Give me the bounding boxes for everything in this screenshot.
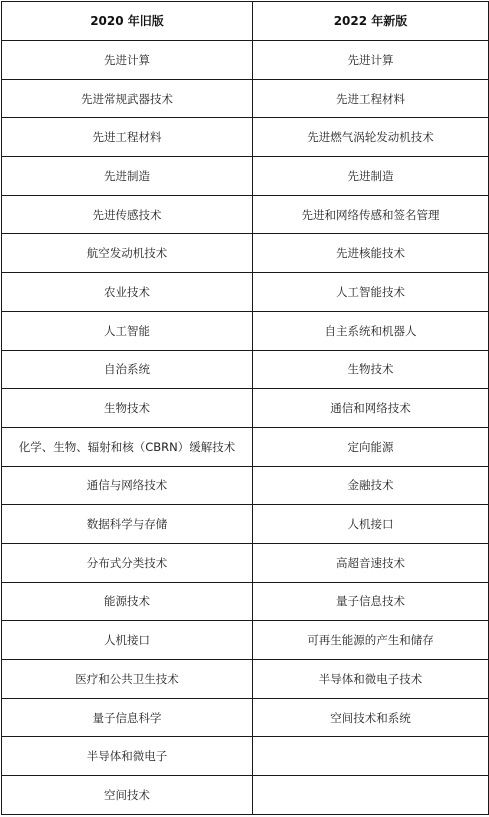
cell-2020: 农业技术 [2, 273, 253, 312]
cell-2020: 分布式分类技术 [2, 543, 253, 582]
table-row: 通信与网络技术金融技术 [2, 466, 489, 505]
table-row: 能源技术量子信息技术 [2, 582, 489, 621]
table-row: 生物技术通信和网络技术 [2, 389, 489, 428]
cell-2020: 先进传感技术 [2, 195, 253, 234]
cell-2020: 能源技术 [2, 582, 253, 621]
table-row: 化学、生物、辐射和核（CBRN）缓解技术定向能源 [2, 427, 489, 466]
table-header-row: 2020 年旧版 2022 年新版 [2, 2, 489, 41]
cell-2020: 先进制造 [2, 157, 253, 196]
table-row: 农业技术人工智能技术 [2, 273, 489, 312]
cell-2020: 先进常规武器技术 [2, 79, 253, 118]
cell-2020: 量子信息科学 [2, 698, 253, 737]
cell-2020: 医疗和公共卫生技术 [2, 660, 253, 699]
table-row: 先进制造先进制造 [2, 157, 489, 196]
cell-2022: 金融技术 [253, 466, 489, 505]
cell-2022: 人工智能技术 [253, 273, 489, 312]
cell-2020: 先进工程材料 [2, 118, 253, 157]
cell-2020: 人工智能 [2, 311, 253, 350]
cell-2020: 人机接口 [2, 621, 253, 660]
cell-2022: 可再生能源的产生和储存 [253, 621, 489, 660]
cell-2022: 量子信息技术 [253, 582, 489, 621]
cell-2022: 自主系统和机器人 [253, 311, 489, 350]
table-row: 量子信息科学空间技术和系统 [2, 698, 489, 737]
table-row: 半导体和微电子 [2, 737, 489, 776]
cell-2020: 通信与网络技术 [2, 466, 253, 505]
cell-2020: 生物技术 [2, 389, 253, 428]
cell-2020: 先进计算 [2, 41, 253, 80]
technology-comparison-table: 2020 年旧版 2022 年新版 先进计算先进计算 先进常规武器技术先进工程材… [1, 1, 489, 815]
cell-2020: 数据科学与存储 [2, 505, 253, 544]
table-row: 先进传感技术先进和网络传感和签名管理 [2, 195, 489, 234]
cell-2022: 先进核能技术 [253, 234, 489, 273]
cell-2022: 半导体和微电子技术 [253, 660, 489, 699]
table-row: 人工智能自主系统和机器人 [2, 311, 489, 350]
cell-2022: 通信和网络技术 [253, 389, 489, 428]
cell-2022: 人机接口 [253, 505, 489, 544]
table-row: 航空发动机技术先进核能技术 [2, 234, 489, 273]
cell-2022 [253, 776, 489, 815]
cell-2022: 先进制造 [253, 157, 489, 196]
cell-2022: 先进和网络传感和签名管理 [253, 195, 489, 234]
cell-2022: 生物技术 [253, 350, 489, 389]
table-row: 医疗和公共卫生技术半导体和微电子技术 [2, 660, 489, 699]
cell-2020: 自治系统 [2, 350, 253, 389]
cell-2020: 化学、生物、辐射和核（CBRN）缓解技术 [2, 427, 253, 466]
table-row: 自治系统生物技术 [2, 350, 489, 389]
table-row: 空间技术 [2, 776, 489, 815]
cell-2022 [253, 737, 489, 776]
cell-2020: 航空发动机技术 [2, 234, 253, 273]
table-row: 人机接口可再生能源的产生和储存 [2, 621, 489, 660]
cell-2022: 空间技术和系统 [253, 698, 489, 737]
header-2020-old-version: 2020 年旧版 [2, 2, 253, 41]
cell-2022: 高超音速技术 [253, 543, 489, 582]
table-row: 数据科学与存储人机接口 [2, 505, 489, 544]
table-row: 先进计算先进计算 [2, 41, 489, 80]
table-row: 分布式分类技术高超音速技术 [2, 543, 489, 582]
cell-2022: 先进工程材料 [253, 79, 489, 118]
cell-2022: 定向能源 [253, 427, 489, 466]
table-row: 先进工程材料先进燃气涡轮发动机技术 [2, 118, 489, 157]
cell-2020: 空间技术 [2, 776, 253, 815]
cell-2020: 半导体和微电子 [2, 737, 253, 776]
cell-2022: 先进计算 [253, 41, 489, 80]
table-row: 先进常规武器技术先进工程材料 [2, 79, 489, 118]
header-2022-new-version: 2022 年新版 [253, 2, 489, 41]
cell-2022: 先进燃气涡轮发动机技术 [253, 118, 489, 157]
